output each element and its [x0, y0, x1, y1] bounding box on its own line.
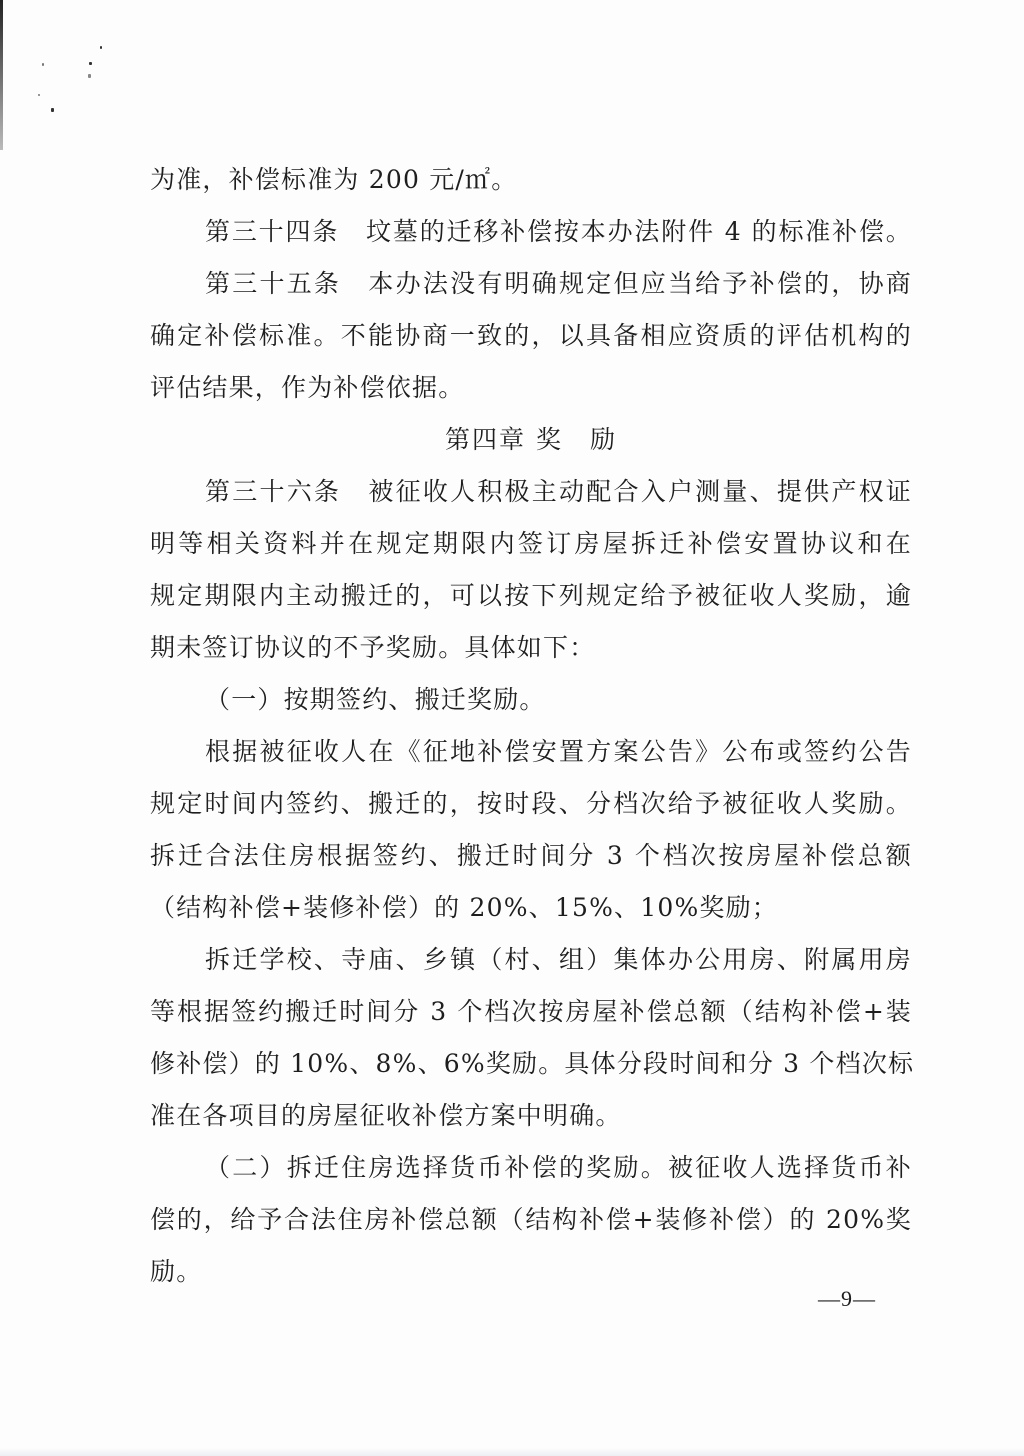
body-text-line: 第三十五条 本办法没有明确规定但应当给予补偿的，协商	[205, 264, 912, 304]
body-text-line: （二）拆迁住房选择货币补偿的奖励。被征收人选择货币补	[205, 1148, 912, 1188]
body-text-line: 根据被征收人在《征地补偿安置方案公告》公布或签约公告	[205, 732, 912, 772]
body-text-line: 规定期限内主动搬迁的，可以按下列规定给予被征收人奖励，逾	[150, 576, 912, 616]
page-number: —9—	[818, 1286, 876, 1312]
body-text-line: 评估结果，作为补偿依据。	[150, 368, 464, 408]
body-text-line: 拆迁学校、寺庙、乡镇（村、组）集体办公用房、附属用房	[205, 940, 912, 980]
body-text-line: 为准，补偿标准为 200 元/㎡。	[150, 160, 517, 200]
body-text-line: 期未签订协议的不予奖励。具体如下：	[150, 628, 595, 668]
scan-speck	[89, 62, 92, 65]
body-text-line: 等根据签约搬迁时间分 3 个档次按房屋补偿总额（结构补偿+装	[150, 992, 912, 1032]
scan-edge-artifact	[0, 0, 3, 150]
scan-bottom-edge	[0, 1448, 1024, 1456]
body-text-line: （一）按期签约、搬迁奖励。	[205, 680, 546, 720]
body-text-line: 修补偿）的 10%、8%、6%奖励。具体分段时间和分 3 个档次标	[150, 1044, 912, 1084]
scan-speck	[38, 94, 40, 96]
body-text-line: 规定时间内签约、搬迁的，按时段、分档次给予被征收人奖励。	[150, 784, 912, 824]
body-text-line: 准在各项目的房屋征收补偿方案中明确。	[150, 1096, 622, 1136]
scan-speck	[42, 63, 44, 66]
body-text-line: 确定补偿标准。不能协商一致的，以具备相应资质的评估机构的	[150, 316, 912, 356]
body-text-line: 第三十六条 被征收人积极主动配合入户测量、提供产权证	[205, 472, 912, 512]
body-text-line: 偿的，给予合法住房补偿总额（结构补偿+装修补偿）的 20%奖	[150, 1200, 912, 1240]
scan-speck	[88, 74, 91, 78]
body-text-line: 拆迁合法住房根据签约、搬迁时间分 3 个档次按房屋补偿总额	[150, 836, 912, 876]
scan-speck	[51, 108, 54, 112]
body-text-line: 励。	[150, 1252, 202, 1292]
body-text-line: （结构补偿+装修补偿）的 20%、15%、10%奖励；	[150, 888, 778, 928]
body-text-line: 第三十四条 坟墓的迁移补偿按本办法附件 4 的标准补偿。	[205, 212, 912, 252]
scan-speck	[100, 46, 102, 49]
body-text-line: 明等相关资料并在规定期限内签订房屋拆迁补偿安置协议和在	[150, 524, 912, 564]
chapter-heading: 第四章 奖 励	[150, 420, 912, 460]
